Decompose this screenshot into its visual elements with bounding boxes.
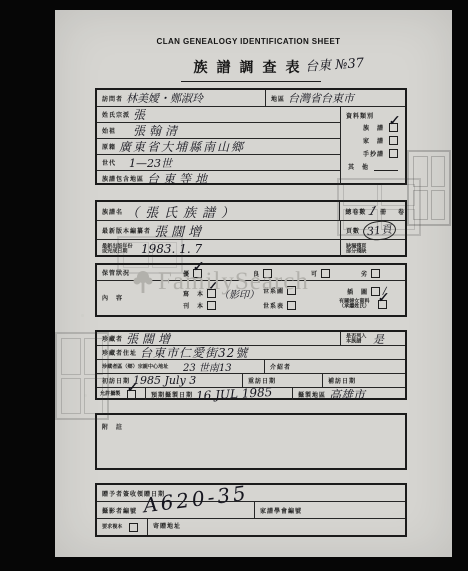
founder-value: 張翰清	[133, 122, 181, 139]
category-item-label: 家 譜	[363, 136, 384, 145]
row-founder: 始祖 張翰清	[97, 123, 340, 139]
volumes-label: 總卷數	[345, 207, 366, 216]
category-item: 家 譜	[341, 134, 405, 147]
pages-value: 31頁	[362, 219, 397, 241]
revisit-label: 重訪日期	[248, 376, 276, 385]
condition-checkbox	[193, 269, 202, 278]
volumes-value: 1	[367, 204, 380, 218]
row-surname: 姓氏宗派 張	[97, 107, 340, 123]
coverage-value: 台東等地	[147, 170, 211, 187]
dust-speck	[81, 314, 84, 317]
genealogy-name-label: 族譜名	[102, 207, 123, 216]
listed-value: 是	[373, 331, 384, 347]
category-item-label: 手抄譜	[363, 149, 384, 158]
seal-block	[61, 338, 81, 375]
content-checkbox	[287, 301, 296, 310]
first-visit-value: 1985 July 3	[133, 374, 196, 387]
society-number-label: 家譜學會編號	[260, 506, 302, 515]
interviewer-value: 林美嬡・鄭淑玲	[126, 90, 203, 106]
origin-value: 廣東省大埔縣南山鄉	[119, 138, 245, 155]
category-item-label: 其 他	[348, 162, 369, 171]
category-checkbox	[389, 123, 398, 132]
condition-checkbox	[371, 269, 380, 278]
content-item: 寫 本 （影印）	[183, 286, 259, 301]
condition-label: 保管狀況	[102, 268, 130, 277]
handwritten-annotation: 台東 №37	[304, 52, 364, 75]
photographer-label: 攝影者編號	[102, 506, 137, 515]
film-date-label: 預期攝製日期	[151, 390, 193, 399]
generations-value: 1—23世	[129, 155, 172, 171]
holder-address-label: 珍藏者住址	[102, 348, 137, 357]
dust-speck	[84, 394, 87, 397]
content-checkbox	[287, 286, 296, 295]
permission-label: 允許攝製	[100, 391, 120, 396]
condition-option: 可	[311, 269, 330, 278]
film-date-value: 16 JUL 1985	[196, 385, 273, 403]
seal-block	[413, 156, 428, 187]
area-label: 地區	[271, 94, 285, 103]
compiler-label: 最新版本編纂者	[102, 226, 151, 235]
copy-request-checkbox	[129, 523, 138, 532]
table-condition: 保管狀況 優 良 可 劣 內 容 寫 本 （影印） 世系圖	[95, 263, 407, 317]
condition-option: 良	[253, 269, 272, 278]
scanned-page: { "page": { "english_title": "CLAN GENEA…	[0, 0, 468, 571]
overview-body: 姓氏宗派 張 始祖 張翰清 原籍 廣東省大埔縣南山鄉 世代 1—23世 族譜包含…	[97, 107, 405, 185]
row-publish-date: 最新出版年份或完成日期 1983. 1. 7 缺漏殘頁部分殘缺	[97, 240, 405, 257]
row-genealogy-name: 族譜名 （張氏族譜） 總卷數 1 冊 卷	[97, 202, 405, 221]
pages-label: 頁數	[346, 226, 360, 235]
damage-label: 缺漏殘頁部分殘缺	[346, 243, 366, 253]
clan-center-value: 23 世南13	[183, 359, 232, 374]
women-data-label: 有關婦女資料（承繼姓氏）	[339, 299, 370, 309]
row-condition: 保管狀況 優 良 可 劣	[97, 265, 405, 281]
content-checkbox	[378, 300, 387, 309]
surname-value: 張	[133, 106, 149, 123]
content-note: （影印）	[219, 286, 259, 301]
row-holder-address: 珍藏者住址 台東市仁愛街32號	[97, 346, 405, 360]
volumes-unit-juan: 卷	[398, 207, 405, 216]
row-compiler: 最新版本編纂者 張闊增 頁數 31頁	[97, 221, 405, 240]
seal-block	[413, 190, 428, 221]
notes-label: 附 註	[102, 422, 123, 431]
interviewer-label: 訪問者	[102, 94, 123, 103]
seal-block	[431, 156, 446, 187]
category-item: 族 譜	[341, 121, 405, 134]
film-area-label: 攝製地區	[298, 390, 326, 399]
content-checkbox	[207, 301, 216, 310]
publish-date-value: 1983. 1. 7	[141, 242, 202, 256]
publish-date-label: 最新出版年份或完成日期	[102, 243, 133, 253]
row-content: 內 容 寫 本 （影印） 世系圖 插 圖 ∕ 刊 本 世系表 有關婦女資料（承繼…	[97, 281, 405, 314]
row-clan-center: 珍藏者區（鄉）宗親中心地址 23 世南13 介紹者	[97, 360, 405, 374]
condition-checkbox	[263, 269, 272, 278]
category-checkbox	[389, 149, 398, 158]
table-overview: 訪問者 林美嬡・鄭淑玲 地區 台灣省台東市 姓氏宗派 張 始祖 張翰清 原籍 廣…	[95, 88, 407, 185]
category-checkbox	[389, 136, 398, 145]
table-footer: A620-35 贈予者簽收領贈日期 攝影者編號 家譜學會編號 要求複本 寄贈地址	[95, 483, 407, 537]
row-generations: 世代 1—23世	[97, 155, 340, 171]
condition-checkbox	[321, 269, 330, 278]
content-item: 世系表	[263, 301, 296, 310]
clan-center-label: 珍藏者區（鄉）宗親中心地址	[102, 364, 168, 369]
english-header: CLAN GENEALOGY IDENTIFICATION SHEET	[55, 37, 442, 46]
generations-label: 世代	[102, 158, 116, 167]
founder-label: 始祖	[102, 126, 116, 135]
table-holder: 珍藏者 張闊增 是否列入本族譜 是 珍藏者住址 台東市仁愛街32號 珍藏者區（鄉…	[95, 330, 407, 400]
table-volume-info: 族譜名 （張氏族譜） 總卷數 1 冊 卷 最新版本編纂者 張闊增 頁數 31頁 …	[95, 200, 407, 257]
overview-left: 姓氏宗派 張 始祖 張翰清 原籍 廣東省大埔縣南山鄉 世代 1—23世 族譜包含…	[97, 107, 340, 185]
holder-label: 珍藏者	[102, 334, 123, 343]
condition-option: 劣	[361, 269, 380, 278]
origin-label: 原籍	[102, 142, 116, 151]
seal-block	[431, 190, 446, 221]
content-checkbox	[207, 289, 216, 298]
row-interviewer: 訪問者 林美嬡・鄭淑玲 地區 台灣省台東市	[97, 90, 405, 107]
film-area-value: 高雄市	[329, 386, 365, 403]
condition-option: 優	[183, 269, 202, 278]
volumes-unit-ce: 冊	[380, 207, 387, 216]
table-notes: 附 註	[95, 413, 407, 470]
category-title: 資料類別	[346, 111, 374, 120]
chinese-title: 族譜調查表	[181, 57, 321, 82]
other-blank-line	[374, 162, 398, 171]
referrer-label: 介紹者	[270, 362, 291, 371]
row-coverage: 族譜包含地區 台東等地	[97, 171, 340, 185]
document-paper: CLAN GENEALOGY IDENTIFICATION SHEET 族譜調查…	[55, 10, 452, 557]
category-item: 其 他	[341, 160, 405, 173]
row-origin: 原籍 廣東省大埔縣南山鄉	[97, 139, 340, 155]
category-item-label: 族 譜	[363, 123, 384, 132]
coverage-label: 族譜包含地區	[102, 174, 144, 183]
category-box: 資料類別 族 譜 家 譜 手抄譜 其 他	[340, 107, 405, 185]
area-value: 台灣省台東市	[288, 90, 354, 106]
content-item: 刊 本	[183, 301, 216, 310]
category-item: 手抄譜	[341, 147, 405, 160]
seal-block	[61, 378, 81, 415]
followup-label: 補訪日期	[328, 376, 356, 385]
copy-request-label: 要求複本	[102, 524, 122, 529]
content-item: 世系圖	[263, 286, 296, 295]
content-label: 內 容	[102, 293, 123, 302]
row-filming: 允許攝製 預期攝製日期 16 JUL 1985 攝製地區 高雄市	[97, 388, 405, 400]
surname-label: 姓氏宗派	[102, 110, 130, 119]
row-copy-request: 要求複本 寄贈地址	[97, 519, 405, 535]
listed-label: 是否列入本族譜	[346, 333, 366, 343]
permission-checkbox	[127, 390, 136, 399]
content-item-women: 有關婦女資料（承繼姓氏）	[339, 298, 387, 310]
seal-stamp	[407, 150, 451, 226]
compiler-value: 張闊增	[154, 221, 205, 240]
send-address-label: 寄贈地址	[153, 521, 181, 530]
genealogy-name-value: （張氏族譜）	[126, 202, 240, 221]
